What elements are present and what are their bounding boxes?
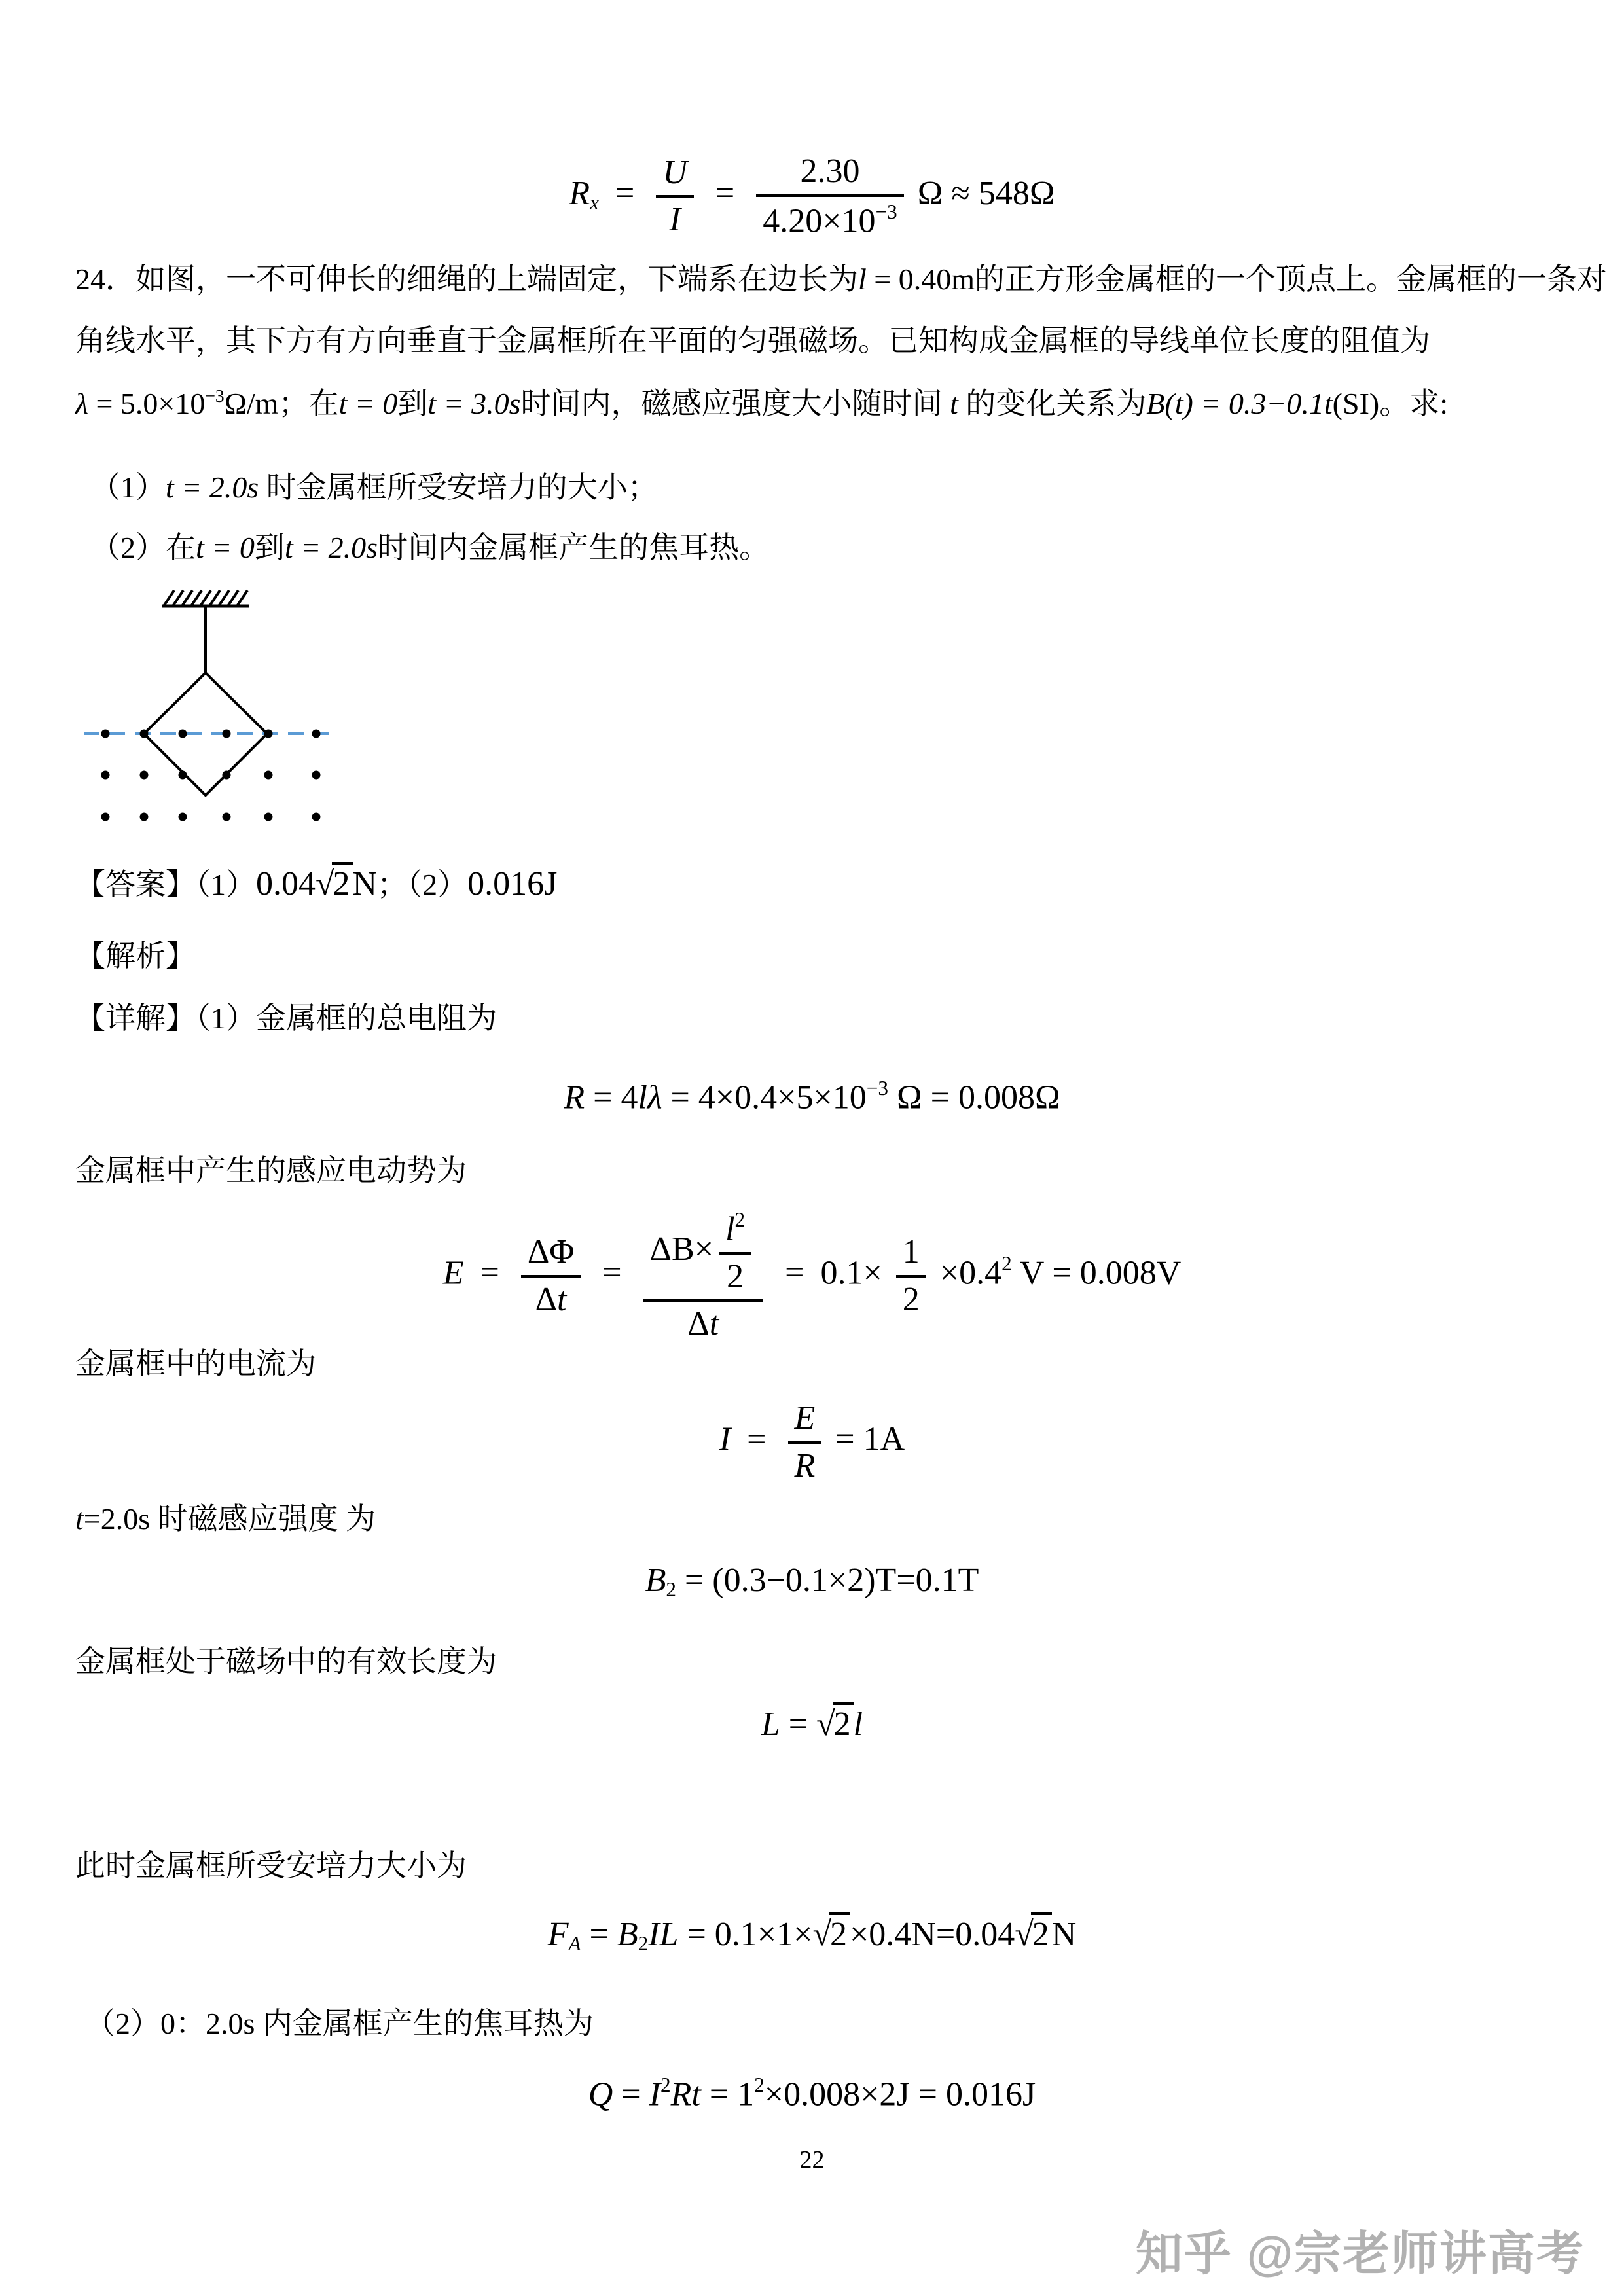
exam-solution-page: { "doc": { "page_number": "22", "waterma… xyxy=(0,0,1624,2296)
math-subscript: 2 xyxy=(638,1932,649,1955)
formula-joule-heat: Q = I2Rt = 12×0.008×2J = 0.016J xyxy=(0,2073,1624,2113)
equals-sign: = xyxy=(581,1916,617,1953)
denominator: 2 xyxy=(719,1259,751,1295)
formula-rx: Rx = UI = 2.304.20×10−3 Ω ≈ 548Ω xyxy=(0,154,1624,239)
numerator: l2 xyxy=(719,1210,751,1247)
field-dot xyxy=(223,771,231,780)
equals-sign: = xyxy=(602,1254,621,1291)
square-root: √2 xyxy=(812,1916,850,1953)
math-subscript: x xyxy=(590,191,599,214)
math-token: Δ xyxy=(535,1281,557,1318)
denominator: Δt xyxy=(521,1282,581,1318)
radicand: 2 xyxy=(829,1912,850,1953)
section-label: 【详解】 xyxy=(75,1001,196,1035)
field-dot xyxy=(312,813,321,821)
page-number: 22 xyxy=(0,2145,1624,2174)
math-token: t = 2.0s xyxy=(166,471,259,504)
math-var: λ xyxy=(75,387,88,420)
field-dot xyxy=(312,730,321,738)
math-var: Rt xyxy=(671,2075,701,2113)
denominator: 2 xyxy=(896,1282,926,1318)
math-var: B xyxy=(617,1916,638,1953)
square-root: √2 xyxy=(316,865,353,903)
inner-fraction: l22 xyxy=(719,1210,751,1295)
problem-text: ；在 xyxy=(278,387,338,420)
math-token: B(t) = 0.3−0.1t xyxy=(1146,387,1332,420)
answer-value-2: 0.016J xyxy=(467,865,557,903)
exponent: −3 xyxy=(205,386,224,406)
math-token: Ω/m xyxy=(225,387,279,420)
math-var: t xyxy=(710,1305,719,1342)
detail-line: 【详解】（1）金属框的总电阻为 xyxy=(75,999,497,1037)
math-var: t xyxy=(75,1502,84,1535)
math-var: R xyxy=(564,1079,585,1116)
problem-text: 24．如图，一不可伸长的细绳的上端固定，下端系在边长为 xyxy=(75,262,858,296)
math-var: B xyxy=(645,1562,666,1599)
question-text: 时金属框所受安培力的大小； xyxy=(266,471,658,504)
field-dot xyxy=(264,730,273,738)
math-subscript: 2 xyxy=(666,1578,676,1601)
math-var: I xyxy=(649,2075,660,2113)
problem-text: 。求: xyxy=(1379,387,1448,420)
question-text: 时间内金属框产生的焦耳热。 xyxy=(378,531,769,564)
equals-sign: = xyxy=(615,175,634,212)
math-token: Ω ≈ 548Ω xyxy=(918,175,1055,212)
answer-line: 【答案】（1）0.04√2N；（2）0.016J xyxy=(75,863,557,905)
field-dot xyxy=(140,813,149,821)
field-dot xyxy=(264,813,273,821)
watermark-text: 知乎 @宗老师讲高考 xyxy=(1136,2228,1585,2280)
math-var: R xyxy=(569,175,590,212)
math-var: E xyxy=(443,1254,464,1291)
formula-current: I = ER = 1A xyxy=(0,1401,1624,1484)
math-token: t = 3.0s xyxy=(427,387,520,420)
formula-total-resistance: R = 4lλ = 4×0.4×5×10−3 Ω = 0.008Ω xyxy=(0,1077,1624,1117)
figure-hanging-frame xyxy=(65,583,347,851)
denominator: 4.20×10−3 xyxy=(756,202,904,240)
field-dot xyxy=(179,813,187,821)
solution-text: （2）0：2.0s 内金属框产生的焦耳热为 xyxy=(85,2007,594,2040)
section-label: 【解析】 xyxy=(75,939,196,973)
math-var: F xyxy=(548,1916,569,1953)
math-token: = (0.3−0.1×2)T=0.1T xyxy=(676,1562,979,1599)
math-var: t xyxy=(950,387,958,420)
math-token: ×0.4N=0.04 xyxy=(850,1916,1015,1953)
fraction: UI xyxy=(656,155,694,238)
numerator: U xyxy=(656,155,694,191)
answer-value-1: 0.04√2N xyxy=(256,865,377,903)
equals-sign: = xyxy=(747,1421,766,1458)
equals-sign: = xyxy=(480,1254,499,1291)
square-root: √2 xyxy=(816,1706,854,1743)
math-token: = 4 xyxy=(585,1079,638,1116)
radicand: 2 xyxy=(1031,1912,1052,1953)
math-var: l xyxy=(725,1210,734,1247)
fraction: 12 xyxy=(896,1234,926,1318)
math-var: IL xyxy=(648,1916,678,1953)
fraction: ER xyxy=(788,1401,822,1484)
denominator: Δt xyxy=(643,1306,764,1342)
answer-part-number: （1） xyxy=(196,868,256,901)
radicand: 2 xyxy=(833,1702,854,1743)
math-token: t = 0 xyxy=(338,387,397,420)
math-var: I xyxy=(719,1421,731,1458)
exponent: 2 xyxy=(1001,1252,1012,1275)
numerator: E xyxy=(788,1401,822,1437)
math-token: (SI) xyxy=(1333,387,1380,420)
question-2: （2）在t = 0到t = 2.0s时间内金属框产生的焦耳热。 xyxy=(90,529,769,567)
solution-text-b: t=2.0s 时磁感应强度 为 xyxy=(75,1500,376,1538)
math-token: N xyxy=(353,865,378,903)
answer-separator: ； xyxy=(377,868,407,901)
math-var: lλ xyxy=(638,1079,662,1116)
question-number: （2）在 xyxy=(90,531,196,564)
formula-emf: E = ΔΦΔt = ΔB×l22 Δt = 0.1× 12 ×0.42 V =… xyxy=(0,1210,1624,1342)
math-token: N xyxy=(1052,1916,1077,1953)
times-sign: × xyxy=(695,1230,713,1268)
analysis-label: 【解析】 xyxy=(75,937,196,975)
fraction: ΔΦΔt xyxy=(521,1234,581,1318)
problem-line-1: 24．如图，一不可伸长的细绳的上端固定，下端系在边长为l = 0.40m的正方形… xyxy=(75,260,1607,298)
field-dot xyxy=(101,771,110,780)
denominator: I xyxy=(656,202,694,238)
fraction-bar xyxy=(643,1299,764,1302)
math-token: V = 0.008V xyxy=(1012,1254,1182,1291)
numerator: 2.30 xyxy=(756,154,904,190)
solution-text-q2: （2）0：2.0s 内金属框产生的焦耳热为 xyxy=(85,2005,594,2043)
field-dot xyxy=(179,730,187,738)
fraction-bar xyxy=(656,195,694,198)
exponent: 2 xyxy=(660,2073,671,2096)
numerator: ΔB×l22 xyxy=(643,1210,764,1295)
field-dot xyxy=(223,813,231,821)
fraction-bar xyxy=(896,1275,926,1278)
fraction-bar xyxy=(521,1275,581,1278)
solution-text: 金属框中的电流为 xyxy=(75,1347,316,1380)
square-root: √2 xyxy=(1015,1916,1052,1953)
field-dot xyxy=(264,771,273,780)
equals-sign: = xyxy=(613,2075,649,2113)
field-dot xyxy=(223,730,231,738)
math-token: t = 2.0s xyxy=(285,531,378,564)
math-token: = 1 xyxy=(701,2075,754,2113)
field-dot xyxy=(312,771,321,780)
formula-b2: B2 = (0.3−0.1×2)T=0.1T xyxy=(0,1561,1624,1602)
field-dot xyxy=(140,730,149,738)
page-number-text: 22 xyxy=(800,2146,825,2174)
math-token: = 4×0.4×5×10 xyxy=(662,1079,866,1116)
math-token: Δ xyxy=(687,1305,709,1342)
math-var: l xyxy=(854,1706,863,1743)
denominator: R xyxy=(788,1448,822,1484)
numerator: 1 xyxy=(896,1234,926,1270)
math-token: = 5.0×10 xyxy=(88,387,205,420)
math-token: = 0.1×1× xyxy=(678,1916,812,1953)
problem-line-2: 角线水平，其下方有方向垂直于金属框所在平面的匀强磁场。已知构成金属框的导线单位长… xyxy=(75,322,1430,360)
fraction: 2.304.20×10−3 xyxy=(756,154,904,239)
numerator: ΔΦ xyxy=(521,1234,581,1270)
fraction-bar xyxy=(756,194,904,197)
solution-text: 此时金属框所受安培力大小为 xyxy=(75,1849,467,1882)
question-number: （1） xyxy=(90,471,166,504)
fraction: ΔB×l22 Δt xyxy=(643,1210,764,1342)
fraction-bar xyxy=(788,1441,822,1444)
solution-text-length: 金属框处于磁场中的有效长度为 xyxy=(75,1643,497,1681)
math-subscript: A xyxy=(568,1932,581,1955)
math-var: t xyxy=(557,1281,566,1318)
answer-part-number: （2） xyxy=(407,868,467,901)
exponent: 2 xyxy=(754,2073,765,2096)
solution-text: 金属框中产生的感应电动势为 xyxy=(75,1154,467,1187)
math-token: ×0.008×2J = 0.016J xyxy=(765,2075,1036,2113)
equals-sign: = xyxy=(780,1706,816,1743)
equals-sign: = xyxy=(785,1254,804,1291)
problem-text: 角线水平，其下方有方向垂直于金属框所在平面的匀强磁场。已知构成金属框的导线单位长… xyxy=(75,324,1430,357)
detail-intro: （1）金属框的总电阻为 xyxy=(196,1001,497,1035)
exponent: −3 xyxy=(867,1077,888,1100)
watermark: 知乎 @宗老师讲高考 xyxy=(1136,2215,1585,2284)
solution-text-force: 此时金属框所受安培力大小为 xyxy=(75,1847,467,1885)
math-token: ×0.4 xyxy=(940,1254,1001,1291)
math-token: = 1A xyxy=(835,1421,905,1458)
math-token: Ω = 0.008Ω xyxy=(888,1079,1060,1116)
question-text: 到 xyxy=(255,531,285,564)
math-var: L xyxy=(761,1706,780,1743)
field-dot xyxy=(101,730,110,738)
math-token: 4.20×10 xyxy=(763,202,875,240)
field-dot xyxy=(101,813,110,821)
problem-text: 的正方形金属框的一个顶点上。金属框的一条对 xyxy=(975,262,1607,296)
math-token: 0.04 xyxy=(256,865,316,903)
field-dot xyxy=(179,771,187,780)
radicand: 2 xyxy=(332,862,353,903)
problem-text: 的变化关系为 xyxy=(965,387,1146,420)
math-token: t = 0 xyxy=(196,531,255,564)
solution-text: =2.0s 时磁感应强度 为 xyxy=(84,1502,376,1535)
equals-sign: = xyxy=(715,175,734,212)
math-var: l xyxy=(858,262,867,296)
problem-text: 到 xyxy=(397,387,427,420)
solution-text: 金属框处于磁场中的有效长度为 xyxy=(75,1645,497,1678)
math-token: 0.1× xyxy=(820,1254,882,1291)
problem-line-3: λ = 5.0×10−3Ω/m；在t = 0到t = 3.0s时间内，磁感应强度… xyxy=(75,385,1448,423)
ceiling-hatch xyxy=(164,590,247,606)
solution-text-current: 金属框中的电流为 xyxy=(75,1345,316,1383)
formula-effective-length: L = √2l xyxy=(0,1705,1624,1744)
solution-text-emf: 金属框中产生的感应电动势为 xyxy=(75,1152,467,1190)
problem-text: 时间内，磁感应强度大小随时间 xyxy=(521,387,943,420)
answer-label: 【答案】 xyxy=(75,868,196,901)
math-token: = 0.40m xyxy=(867,262,975,296)
fraction-bar xyxy=(719,1252,751,1255)
exponent: 2 xyxy=(735,1208,746,1231)
field-dots xyxy=(101,730,321,821)
formula-ampere-force: FA = B2IL = 0.1×1×√2×0.4N=0.04√2N xyxy=(0,1915,1624,1956)
exponent: −3 xyxy=(876,200,897,223)
math-var: Q xyxy=(588,2075,613,2113)
math-token: ΔB xyxy=(650,1230,695,1268)
question-1: （1）t = 2.0s 时金属框所受安培力的大小； xyxy=(90,469,658,507)
field-dot xyxy=(140,771,149,780)
